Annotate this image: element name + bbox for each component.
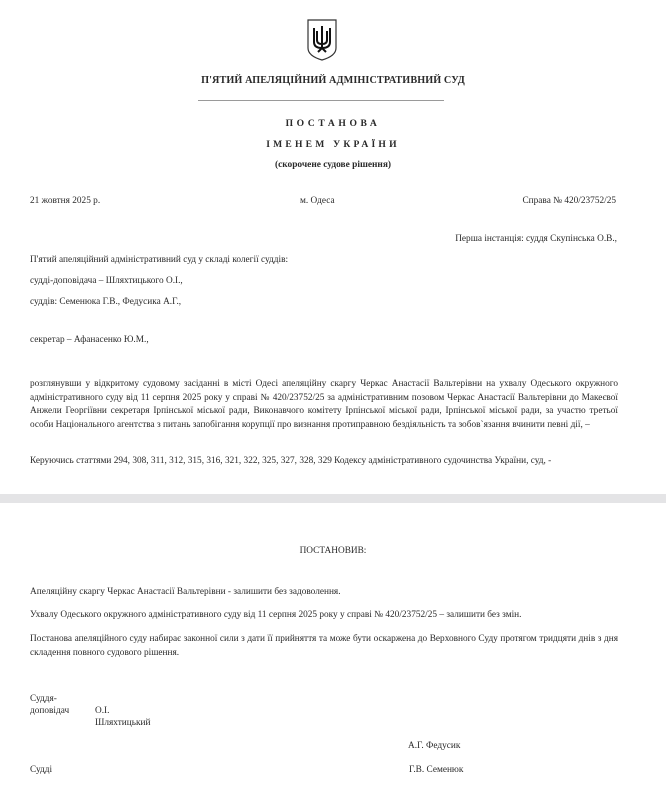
court-name: П'ЯТИЙ АПЕЛЯЦІЙНИЙ АДМІНІСТРАТИВНИЙ СУД — [0, 75, 666, 86]
page-separator — [0, 494, 666, 503]
abbreviated-decision-note: (скорочене судове рішення) — [0, 160, 666, 170]
title-divider — [198, 100, 444, 101]
decision-date: 21 жовтня 2025 р. — [30, 196, 100, 206]
resolution-item: Апеляційну скаргу Черкас Анастасії Вальт… — [30, 586, 618, 600]
judge-rapporteur: судді-доповідача – Шляхтицького О.І., — [30, 276, 183, 286]
rapporteur-initials: О.І. — [95, 706, 109, 716]
panel-judges: суддів: Семенюка Г.В., Федусика А.Г., — [30, 297, 181, 307]
considering-paragraph: розглянувши у відкритому судовому засіда… — [30, 378, 618, 432]
resolution-item: Постанова апеляційного суду набирає зако… — [30, 633, 618, 660]
judges-label: Судді — [30, 765, 52, 775]
rapporteur-surname: Шляхтицький — [95, 718, 150, 728]
judge-signature: А.Г. Федусик — [408, 741, 460, 751]
resolution-heading: ПОСТАНОВИВ: — [0, 546, 666, 556]
panel-intro: П'ятий апеляційний адміністративний суд … — [30, 255, 288, 265]
court-secretary: секретар – Афанасенко Ю.М., — [30, 335, 149, 345]
case-number: Справа № 420/23752/25 — [522, 196, 616, 206]
rapporteur-label-line2: доповідач — [30, 706, 69, 716]
first-instance: Перша інстанція: суддя Скупінська О.В., — [455, 234, 617, 244]
in-name-of-ukraine: ІМЕНЕМ УКРАЇНИ — [0, 139, 666, 150]
guided-by-paragraph: Керуючись статтями 294, 308, 311, 312, 3… — [30, 455, 618, 469]
rapporteur-label-line1: Суддя- — [30, 694, 57, 704]
document-type: ПОСТАНОВА — [0, 118, 666, 129]
decision-city: м. Одеса — [300, 196, 335, 206]
coat-of-arms-icon — [306, 18, 338, 62]
resolution-item: Ухвалу Одеського окружного адміністратив… — [30, 609, 618, 623]
judge-signature: Г.В. Семенюк — [409, 765, 463, 775]
